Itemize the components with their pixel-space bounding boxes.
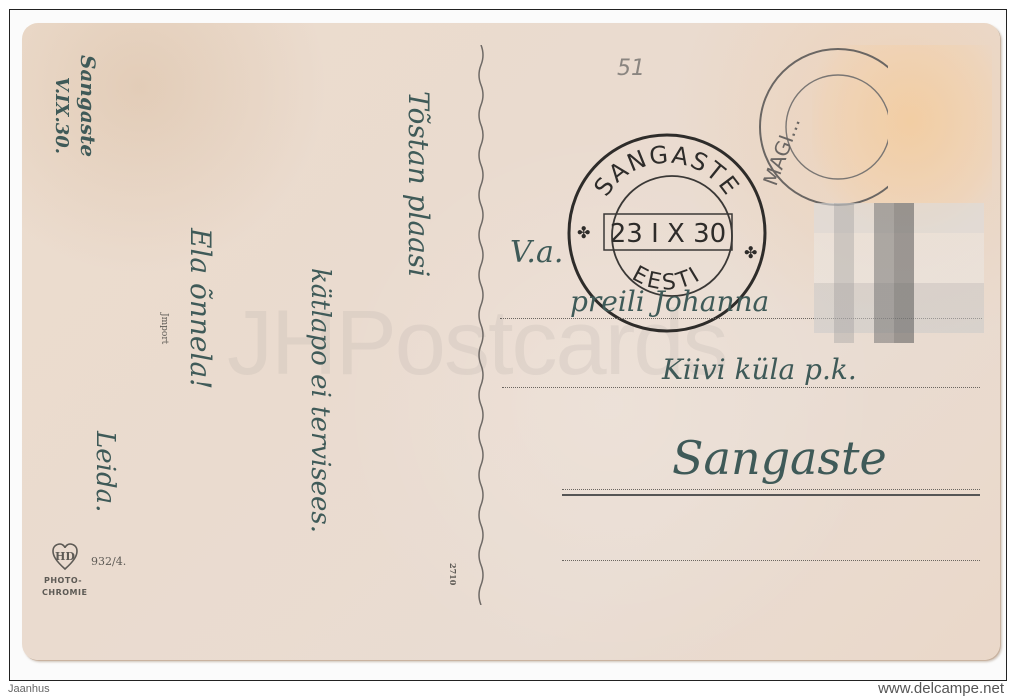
publisher-logo: HD (52, 543, 78, 571)
divider-line (474, 45, 488, 605)
publisher-line-1: PHOTO- (44, 576, 82, 585)
heart-logo-icon: HD (52, 543, 78, 571)
address-name: preili Johanna (570, 285, 769, 318)
message-line-2: kätlapo ei tervisees. (305, 268, 335, 533)
address-prefix: V.a. (510, 235, 563, 270)
site-url[interactable]: www.delcampe.net (878, 680, 1004, 697)
pencil-mark: 51 (617, 56, 645, 81)
publisher-line-2: CHROMIE (42, 588, 87, 597)
clover-icon: ✤ (744, 243, 757, 262)
seller-name: Jaanhus (8, 683, 50, 695)
series-number: 932/4. (91, 555, 126, 568)
postmark-top-text: SANGASTE (588, 140, 745, 201)
address-line-2 (502, 387, 980, 388)
sender-place: Sangaste (76, 55, 100, 157)
address-line-4 (562, 560, 980, 561)
sender-date: V.IX.30. (51, 77, 72, 154)
postcard: JHPostcards Sangaste V.IX.30. Jmport Tõs… (22, 23, 1000, 660)
svg-text:HD: HD (55, 550, 75, 563)
card-number: 2710 (448, 563, 458, 585)
address-line-3 (562, 489, 980, 490)
message-line-1: Tõstan plaasi (402, 91, 435, 277)
redacted-area (814, 203, 984, 343)
message-line-3: Ela õnnela! (184, 228, 217, 389)
address-town: Sangaste (672, 431, 887, 485)
postmark-date: 23 I X 30 (610, 219, 726, 249)
address-village: Kiivi küla p.k. (662, 353, 857, 386)
signature: Leida. (90, 431, 120, 512)
svg-text:SANGASTE: SANGASTE (588, 140, 745, 201)
clover-icon: ✤ (577, 223, 590, 242)
address-underline (562, 494, 980, 496)
import-label: Jmport (159, 313, 169, 344)
